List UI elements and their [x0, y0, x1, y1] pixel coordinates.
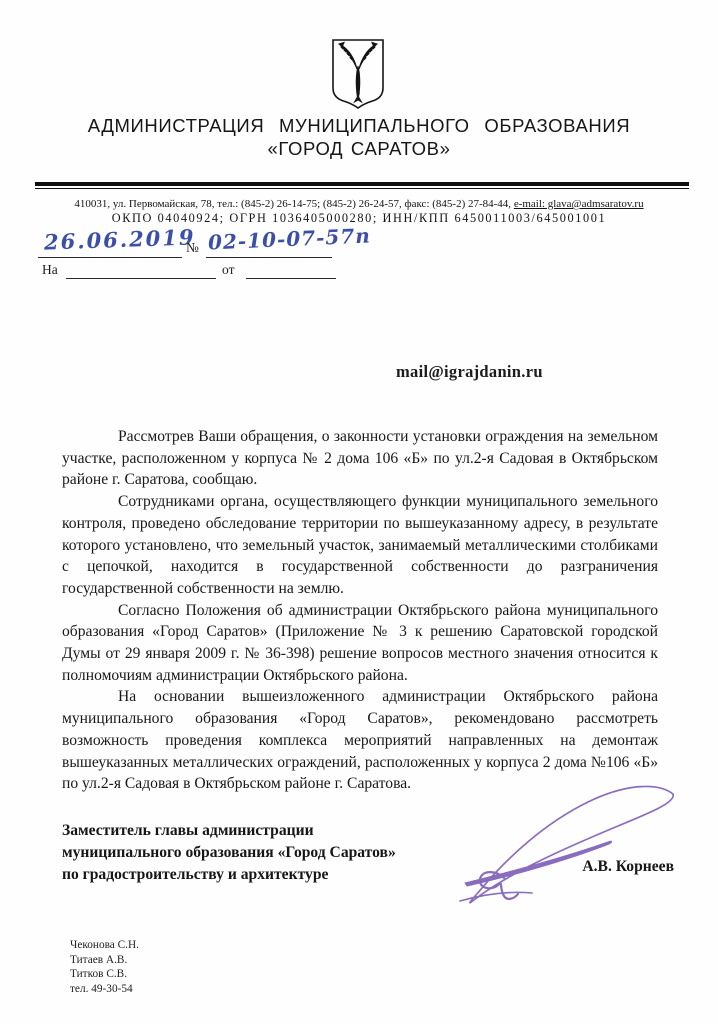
- organization-name-line1: АДМИНИСТРАЦИЯ МУНИЦИПАЛЬНОГО ОБРАЗОВАНИЯ: [0, 114, 718, 137]
- paragraph-4: На основании вышеизложенного администрац…: [62, 686, 658, 795]
- header-divider: [35, 182, 689, 189]
- handwritten-number: 02-10-07-57п: [208, 223, 372, 254]
- recipient-email: mail@igrajdanin.ru: [396, 362, 543, 382]
- signature-svg: [440, 780, 685, 910]
- address-text: 410031, ул. Первомайская, 78, тел.: (845…: [74, 198, 513, 210]
- executor-1: Чеконова С.Н.: [70, 938, 139, 953]
- paragraph-3: Согласно Положения об администрации Октя…: [62, 600, 658, 687]
- executor-3: Титков С.В.: [70, 967, 139, 982]
- organization-name-line2: «ГОРОД САРАТОВ»: [0, 137, 718, 160]
- divider-thick-line: [35, 182, 689, 186]
- ot-label: от: [222, 262, 234, 278]
- handwritten-date: 26.06.2019: [44, 224, 196, 254]
- executor-phone: тел. 49-30-54: [70, 982, 139, 997]
- na-label: На: [42, 262, 58, 278]
- paragraph-2: Сотрудниками органа, осуществляющего фун…: [62, 491, 658, 600]
- saratov-coat-of-arms-icon: [329, 38, 387, 110]
- crest-svg: [329, 38, 387, 110]
- date-underline: [38, 257, 182, 258]
- executor-2: Титаев А.В.: [70, 953, 139, 968]
- contact-block: 410031, ул. Первомайская, 78, тел.: (845…: [0, 198, 718, 226]
- organization-title: АДМИНИСТРАЦИЯ МУНИЦИПАЛЬНОГО ОБРАЗОВАНИЯ…: [0, 114, 718, 160]
- ot-underline: [246, 278, 336, 279]
- address-line: 410031, ул. Первомайская, 78, тел.: (845…: [0, 198, 718, 210]
- number-sign-label: №: [186, 240, 199, 256]
- signer-position-line3: по градостроительству и архитектуре: [62, 864, 482, 886]
- signer-position-line1: Заместитель главы администрации: [62, 820, 482, 842]
- letter-body: Рассмотрев Ваши обращения, о законности …: [62, 426, 658, 795]
- signer-name: А.В. Корнеев: [582, 858, 674, 876]
- divider-thin-line: [35, 188, 689, 189]
- executors-block: Чеконова С.Н. Титаев А.В. Титков С.В. те…: [70, 938, 139, 996]
- signer-position-line2: муниципального образования «Город Сарато…: [62, 842, 482, 864]
- signer-position: Заместитель главы администрации муниципа…: [62, 820, 482, 885]
- paragraph-1: Рассмотрев Ваши обращения, о законности …: [62, 426, 658, 491]
- na-underline: [66, 278, 216, 279]
- handwritten-signature-icon: [440, 780, 685, 910]
- number-underline: [206, 257, 332, 258]
- org-email: e-mail: glava@admsaratov.ru: [514, 198, 644, 210]
- scanned-letter-page: АДМИНИСТРАЦИЯ МУНИЦИПАЛЬНОГО ОБРАЗОВАНИЯ…: [0, 0, 718, 1024]
